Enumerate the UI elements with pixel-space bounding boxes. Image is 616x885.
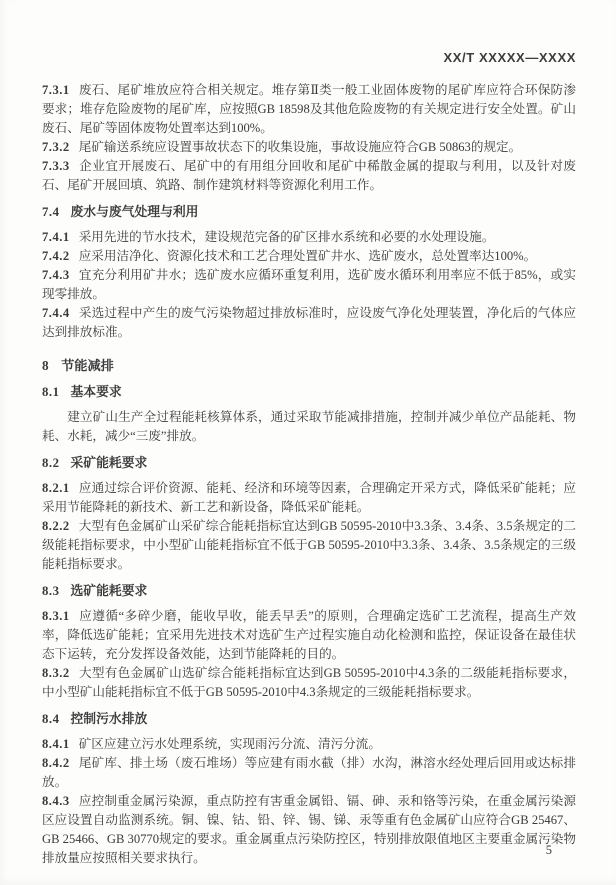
clause-7-3-2: 7.3.2尾矿输送系统应设置事故状态下的收集设施，事故设施应符合GB 50863… <box>42 138 576 157</box>
section-title: 控制污水排放 <box>71 712 148 726</box>
section-heading-7-4: 7.4废水与废气处理与利用 <box>42 203 576 222</box>
clause-number: 8.3.2 <box>42 666 70 680</box>
clause-7-4-1: 7.4.1采用先进的节水技术，建设规范完备的矿区排水系统和必要的水处理设施。 <box>42 228 576 247</box>
clause-text: 应采用洁净化、资源化技术和工艺合理处置矿井水、选矿废水，总处置率达100%。 <box>79 249 537 263</box>
section-number: 8.2 <box>42 456 60 470</box>
clause-8-4-3: 8.4.3应控制重金属污染源，重点防控有害重金属铅、镉、砷、汞和铬等污染，在重金… <box>42 792 576 868</box>
clause-text: 应控制重金属污染源，重点防控有害重金属铅、镉、砷、汞和铬等污染，在重金属污染源区… <box>42 794 576 865</box>
section-title: 选矿能耗要求 <box>71 584 148 598</box>
clause-text: 尾矿库、排土场（废石堆场）等应建有雨水截（排）水沟，淋溶水经处理后回用或达标排放… <box>42 756 576 789</box>
clause-7-3-3: 7.3.3企业宜开展废石、尾矿中的有用组分回收和尾矿中稀散金属的提取与利用，以及… <box>42 157 576 195</box>
page-number: 5 <box>546 843 552 858</box>
doc-code: XX/T XXXXX—XXXX <box>42 50 576 66</box>
clause-number: 8.4.1 <box>42 737 70 751</box>
clause-number: 8.2.2 <box>42 519 70 533</box>
clause-text: 尾矿输送系统应设置事故状态下的收集设施，事故设施应符合GB 50863的规定。 <box>79 140 522 154</box>
clause-8-3-2: 8.3.2大型有色金属矿山选矿综合能耗指标宜达到GB 50595-2010中4.… <box>42 664 576 702</box>
chapter-number: 8 <box>42 358 49 373</box>
clause-8-4-2: 8.4.2尾矿库、排土场（废石堆场）等应建有雨水截（排）水沟，淋溶水经处理后回用… <box>42 754 576 792</box>
chapter-title: 节能减排 <box>61 358 114 373</box>
section-number: 8.1 <box>42 385 60 399</box>
clause-number: 7.3.1 <box>42 83 70 97</box>
clause-number: 8.2.1 <box>42 481 70 495</box>
clause-text: 矿区应建立污水处理系统，实现雨污分流、清污分流。 <box>79 737 381 751</box>
clause-8-2-2: 8.2.2大型有色金属矿山采矿综合能耗指标宜达到GB 50595-2010中3.… <box>42 517 576 574</box>
chapter-heading-8: 8节能减排 <box>42 356 576 375</box>
section-heading-8-2: 8.2采矿能耗要求 <box>42 454 576 473</box>
section-title: 采矿能耗要求 <box>71 456 148 470</box>
section-heading-8-1: 8.1基本要求 <box>42 383 576 402</box>
clause-text: 废石、尾矿堆放应符合相关规定。堆存第Ⅱ类一般工业固体废物的尾矿库应符合环保防渗要… <box>42 83 576 135</box>
clause-7-4-2: 7.4.2应采用洁净化、资源化技术和工艺合理处置矿井水、选矿废水，总处置率达10… <box>42 247 576 266</box>
section-number: 8.4 <box>42 712 60 726</box>
clause-text: 应遵循“多碎少磨，能收早收，能丢早丢”的原则，合理确定选矿工艺流程，提高生产效率… <box>42 609 576 661</box>
clause-8-4-1: 8.4.1矿区应建立污水处理系统，实现雨污分流、清污分流。 <box>42 735 576 754</box>
clause-7-3-1: 7.3.1废石、尾矿堆放应符合相关规定。堆存第Ⅱ类一般工业固体废物的尾矿库应符合… <box>42 81 576 138</box>
clause-number: 8.4.3 <box>42 794 70 808</box>
clause-number: 7.4.3 <box>42 268 70 282</box>
clause-text: 大型有色金属矿山采矿综合能耗指标宜达到GB 50595-2010中3.3条、3.… <box>42 519 576 571</box>
section-title: 废水与废气处理与利用 <box>71 205 199 219</box>
clause-number: 7.3.2 <box>42 140 70 154</box>
section-heading-8-4: 8.4控制污水排放 <box>42 710 576 729</box>
clause-number: 7.4.4 <box>42 306 70 320</box>
clause-text: 采用先进的节水技术，建设规范完备的矿区排水系统和必要的水处理设施。 <box>79 230 495 244</box>
clause-text: 应通过综合评价资源、能耗、经济和环境等因素，合理确定开采方式，降低采矿能耗；应采… <box>42 481 576 514</box>
clause-8-2-1: 8.2.1应通过综合评价资源、能耗、经济和环境等因素，合理确定开采方式，降低采矿… <box>42 479 576 517</box>
body-paragraph-8-1: 建立矿山生产全过程能耗核算体系，通过采取节能减排措施，控制并减少单位产品能耗、物… <box>42 408 576 446</box>
clause-text: 大型有色金属矿山选矿综合能耗指标宜达到GB 50595-2010中4.3条的二级… <box>42 666 576 699</box>
clause-number: 8.4.2 <box>42 756 70 770</box>
clause-number: 7.4.1 <box>42 230 70 244</box>
section-number: 7.4 <box>42 205 60 219</box>
document-body: 7.3.1废石、尾矿堆放应符合相关规定。堆存第Ⅱ类一般工业固体废物的尾矿库应符合… <box>42 81 576 868</box>
clause-7-4-4: 7.4.4采选过程中产生的废气污染物超过排放标准时，应设废气净化处理装置，净化后… <box>42 304 576 342</box>
section-number: 8.3 <box>42 584 60 598</box>
clause-number: 7.4.2 <box>42 249 70 263</box>
clause-text: 宜充分利用矿井水；选矿废水应循环重复利用，选矿废水循环利用率应不低于85%，或实… <box>42 268 576 301</box>
clause-text: 企业宜开展废石、尾矿中的有用组分回收和尾矿中稀散金属的提取与利用，以及针对废石、… <box>42 159 576 192</box>
document-page: XX/T XXXXX—XXXX 7.3.1废石、尾矿堆放应符合相关规定。堆存第Ⅱ… <box>0 0 616 885</box>
section-title: 基本要求 <box>71 385 122 399</box>
clause-number: 7.3.3 <box>42 159 70 173</box>
section-heading-8-3: 8.3选矿能耗要求 <box>42 582 576 601</box>
clause-7-4-3: 7.4.3宜充分利用矿井水；选矿废水应循环重复利用，选矿废水循环利用率应不低于8… <box>42 266 576 304</box>
clause-number: 8.3.1 <box>42 609 70 623</box>
clause-8-3-1: 8.3.1应遵循“多碎少磨，能收早收，能丢早丢”的原则，合理确定选矿工艺流程，提… <box>42 607 576 664</box>
clause-text: 采选过程中产生的废气污染物超过排放标准时，应设废气净化处理装置，净化后的气体应达… <box>42 306 576 339</box>
